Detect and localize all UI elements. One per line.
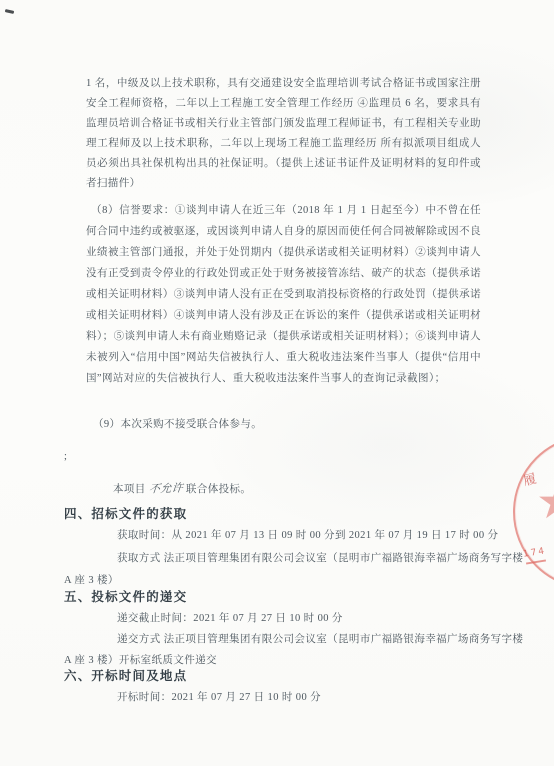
bid-opening-time: 开标时间：2021 年 07 月 27 日 10 时 00 分 xyxy=(117,689,321,704)
submission-method: 递交方式 法正项目管理集团有限公司会议室（昆明市广福路银海幸福广场商务写字楼 xyxy=(117,631,523,646)
seal-star-icon: ★ xyxy=(536,478,554,526)
scanned-document-page: 1 名，中级及以上技术职称，具有交通建设安全监理培训考试合格证书或国家注册安全工… xyxy=(0,0,554,766)
joint-bid-note-suffix: 联合体投标。 xyxy=(186,484,251,495)
joint-bid-note: 本项目不允许联合体投标。 xyxy=(113,480,251,496)
section-title-document-acquisition: 四、招标文件的获取 xyxy=(64,504,187,522)
stray-semicolon: ; xyxy=(64,451,67,462)
paragraph-credit-requirements: （8）信誉要求：①谈判申请人在近三年（2018 年 1 月 1 日起至今）中不曾… xyxy=(86,200,481,389)
joint-bid-note-prefix: 本项目 xyxy=(113,484,146,495)
submission-method-wrap: A 座 3 楼）开标室纸质文件递交 xyxy=(64,652,217,667)
scan-artifact-mark xyxy=(5,9,14,14)
acquisition-method-wrap: A 座 3 楼） xyxy=(64,572,119,587)
section-title-bid-submission: 五、投标文件的递交 xyxy=(64,587,187,605)
submission-deadline: 递交截止时间：2021 年 07 月 27 日 10 时 00 分 xyxy=(117,610,343,625)
acquisition-method: 获取方式 法正项目管理集团有限公司会议室（昆明市广福路银海幸福广场商务写字楼 xyxy=(117,550,523,565)
acquisition-time: 获取时间：从 2021 年 07 月 13 日 09 时 00 分到 2021 … xyxy=(117,527,498,542)
section-title-bid-opening: 六、开标时间及地点 xyxy=(64,666,187,684)
paragraph-supervisor-qualifications: 1 名，中级及以上技术职称，具有交通建设安全监理培训考试合格证书或国家注册安全工… xyxy=(86,74,481,194)
paragraph-no-consortium: （9）本次采购不接受联合体参与。 xyxy=(93,416,262,431)
handwritten-annotation: 不允许 xyxy=(145,479,187,496)
